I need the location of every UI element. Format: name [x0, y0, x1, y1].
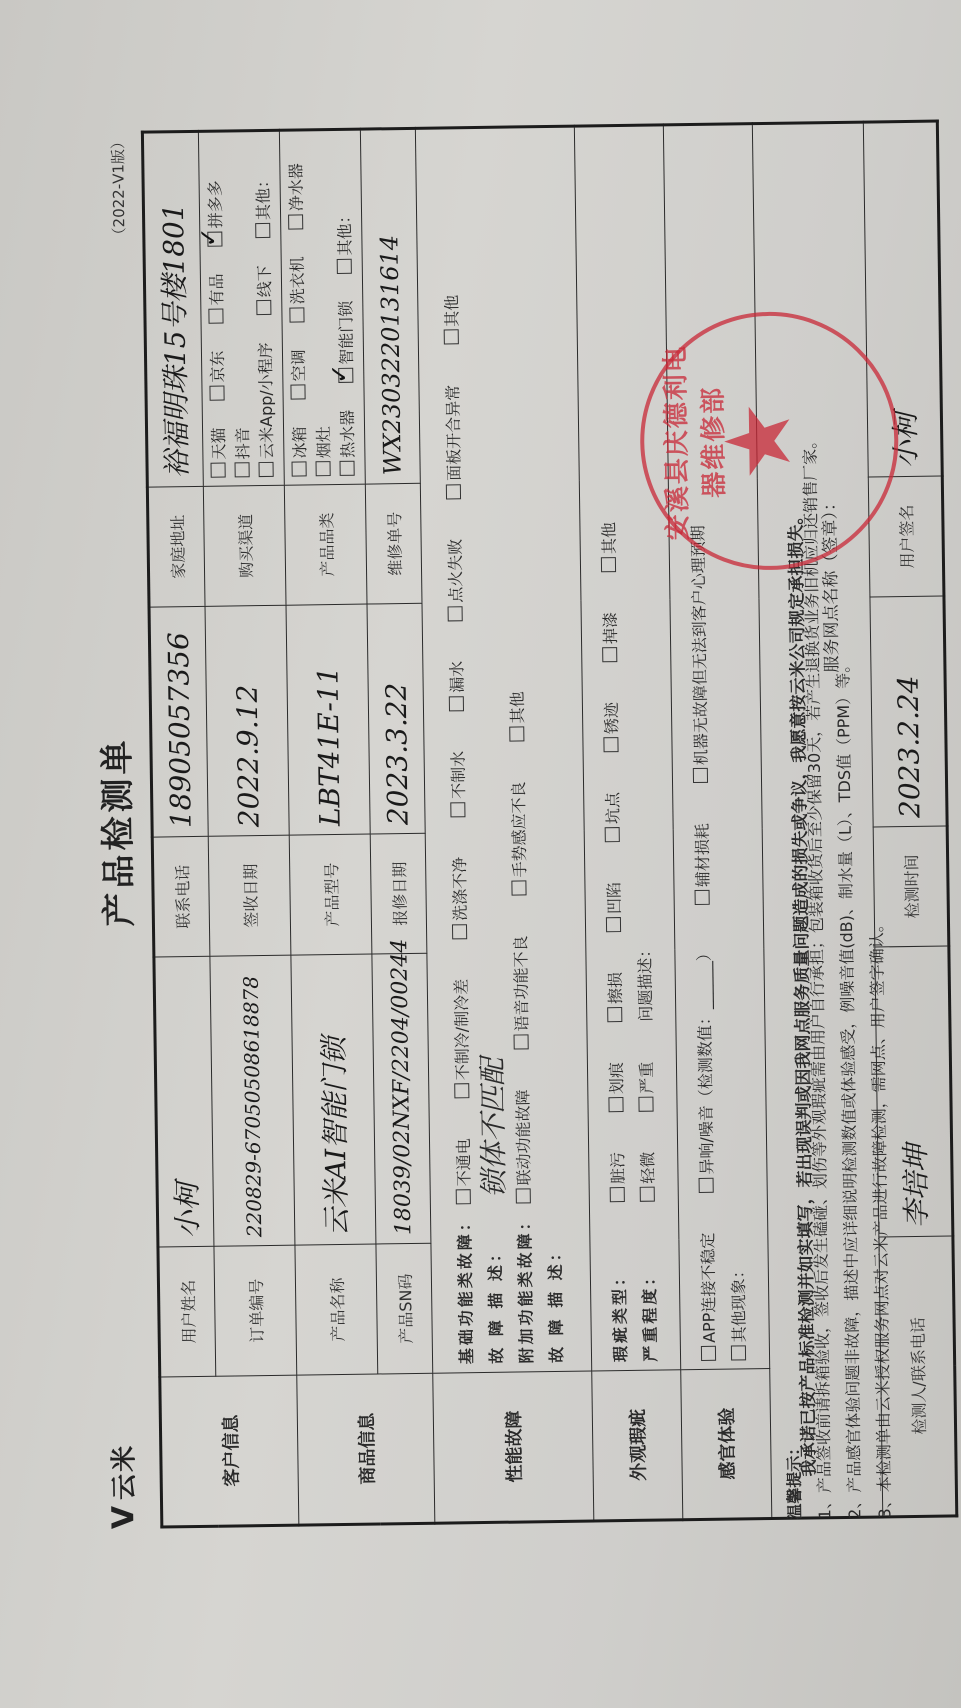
problem-desc-label: 问题描述： [630, 941, 661, 1021]
order-number-field[interactable]: 220829-67050508618878 [209, 955, 294, 1246]
checkbox-icon[interactable] [315, 461, 330, 476]
product-section-label: 商品信息 [296, 1373, 434, 1525]
page-title: 产品检测单 [80, 134, 148, 1530]
checkmark-icon[interactable] [338, 368, 353, 383]
fault-option[interactable]: 不制水 [443, 751, 474, 817]
checkbox-icon[interactable] [290, 384, 305, 399]
checkbox-icon[interactable] [256, 300, 271, 315]
checkbox-icon[interactable] [289, 307, 304, 322]
order-number-label: 订单编号 [213, 1245, 296, 1376]
channel-label: 购买渠道 [203, 485, 286, 606]
fault-option[interactable]: 不通电 [448, 1138, 479, 1204]
star-icon: ★ [712, 315, 805, 566]
fault-option[interactable]: 面板开合异常 [438, 385, 470, 499]
channel-option[interactable]: 云米App/小程序 [253, 342, 279, 477]
addon-option[interactable]: 联动功能故障 [508, 1089, 540, 1203]
product-name-label: 产品名称 [294, 1244, 377, 1375]
checkbox-icon[interactable] [447, 606, 462, 621]
checkbox-icon[interactable] [639, 1187, 654, 1202]
repair-number-field[interactable]: WX2303220131614 [360, 128, 420, 484]
checkbox-icon[interactable] [234, 462, 249, 477]
repair-number-label: 维修单号 [365, 483, 422, 604]
repair-date-field[interactable]: 2023.3.22 [366, 603, 424, 834]
flaw-option[interactable]: 凹陷 [599, 882, 630, 932]
sign-date-field[interactable]: 2022.9.12 [205, 605, 289, 836]
sensory-option[interactable]: 辅材损耗 [687, 823, 718, 905]
checkbox-icon[interactable] [603, 737, 618, 752]
addon-option[interactable]: 语音功能不良 [506, 935, 538, 1049]
user-name-field[interactable]: 小柯 [153, 956, 213, 1247]
checkbox-icon[interactable] [448, 696, 463, 711]
channel-options: 天猫 京东 有品 拼多多 抖音 云米App/小程序 线下 其他： [198, 130, 284, 486]
inspection-form-sheet: V云米 产品检测单 （2022-V1版） 客户信息 用户姓名 小柯 联系电话 1… [40, 83, 921, 1625]
addon-fault-label: 附加功能类故障： [509, 1203, 541, 1363]
category-options: 冰箱 空调 洗衣机 净水器 烟灶 热水器 智能门锁 其他： [279, 129, 365, 485]
channel-option[interactable]: 有品 [204, 273, 229, 323]
channel-option[interactable]: 抖音 [231, 427, 256, 477]
checkmark-icon[interactable] [207, 231, 222, 246]
flaw-option[interactable]: 擦损 [600, 972, 631, 1022]
appearance-section-label: 外观瑕疵 [591, 1370, 682, 1521]
checkbox-icon[interactable] [258, 462, 273, 477]
category-option[interactable]: 净水器 [284, 163, 309, 229]
checkbox-icon[interactable] [450, 802, 465, 817]
channel-option[interactable]: 京东 [205, 350, 230, 400]
checkbox-icon[interactable] [607, 1007, 622, 1022]
checkbox-icon[interactable] [600, 557, 615, 572]
category-option[interactable]: 冰箱 [288, 426, 313, 476]
checkbox-icon[interactable] [730, 1345, 745, 1360]
address-label: 家庭地址 [147, 486, 205, 607]
category-option-checked[interactable]: 智能门锁 [334, 301, 359, 383]
category-option[interactable]: 空调 [286, 349, 311, 399]
checkbox-icon[interactable] [638, 1097, 653, 1112]
flaw-option[interactable]: 锈迹 [596, 702, 627, 752]
category-label: 产品品类 [284, 484, 367, 605]
phone-label: 联系电话 [152, 836, 210, 957]
appearance-content: 瑕疵类型： 脏污 划痕 擦损 凹陷 坑点 锈迹 掉漆 其他 严重程度： 轻微 严… [574, 125, 680, 1371]
flaw-type-label: 瑕疵类型： [603, 1202, 635, 1362]
checkbox-icon[interactable] [698, 1178, 713, 1193]
performance-content: 基础功能类故障： 不通电 不制冷/制冷差 洗涤不净 不制水 漏水 点火失败 面板… [415, 126, 591, 1373]
checkbox-icon[interactable] [700, 1346, 715, 1361]
flaw-option[interactable]: 其他 [594, 522, 625, 572]
checkbox-icon[interactable] [336, 259, 351, 274]
checkbox-icon[interactable] [511, 880, 526, 895]
checkbox-icon[interactable] [605, 917, 620, 932]
channel-option[interactable]: 天猫 [207, 427, 232, 477]
channel-option-checked[interactable]: 拼多多 [203, 180, 228, 246]
basic-fault-label: 基础功能类故障： [449, 1204, 481, 1364]
category-option[interactable]: 热水器 [335, 410, 360, 476]
checkbox-icon[interactable] [451, 924, 466, 939]
category-option[interactable]: 烟灶 [312, 426, 337, 476]
severity-label: 严重程度： [633, 1201, 665, 1361]
checkbox-icon[interactable] [694, 890, 709, 905]
addon-desc-label: 故 障 描 述： [539, 1203, 571, 1363]
sign-date-label: 签收日期 [208, 835, 291, 956]
performance-row: 性能故障 基础功能类故障： 不通电 不制冷/制冷差 洗涤不净 不制水 漏水 点火… [415, 126, 593, 1523]
checkbox-icon[interactable] [255, 223, 270, 238]
checkbox-icon[interactable] [509, 726, 524, 741]
channel-option[interactable]: 其他： [251, 172, 276, 238]
fault-option[interactable]: 点火失败 [440, 539, 471, 621]
checkbox-icon[interactable] [209, 385, 224, 400]
sensory-section-label: 感官体验 [680, 1369, 771, 1520]
addon-option[interactable]: 手势感应不良 [503, 781, 535, 895]
sensory-other-option[interactable]: 其他现象： [723, 1262, 754, 1360]
category-option[interactable]: 洗衣机 [285, 256, 310, 322]
checkbox-icon[interactable] [288, 214, 303, 229]
checkbox-icon[interactable] [455, 1189, 470, 1204]
severity-option[interactable]: 严重 [631, 1061, 662, 1111]
checkbox-icon[interactable] [445, 484, 460, 499]
product-name-field[interactable]: 云米AI智能门锁 [290, 954, 375, 1245]
flaw-option[interactable]: 坑点 [598, 792, 629, 842]
checkbox-icon[interactable] [604, 827, 619, 842]
fault-desc-field[interactable]: 锁体不匹配 [477, 1058, 509, 1198]
repair-date-label: 报修日期 [370, 833, 427, 954]
checkbox-icon[interactable] [513, 1034, 528, 1049]
sensory-option[interactable]: 异响/噪音（检测数值：______） [689, 945, 722, 1193]
checkbox-icon[interactable] [692, 768, 707, 783]
flaw-option[interactable]: 掉漆 [595, 612, 626, 662]
model-label: 产品型号 [289, 834, 372, 955]
checkbox-icon[interactable] [208, 308, 223, 323]
sensory-option[interactable]: APP连接不稳定 [693, 1232, 725, 1361]
addon-option[interactable]: 其他 [502, 691, 533, 741]
checkbox-icon[interactable] [609, 1187, 624, 1202]
fault-option[interactable]: 不制冷/制冷差 [446, 979, 478, 1099]
fault-desc-label: 故 障 描 述： [479, 1204, 511, 1364]
sensory-option[interactable]: 机器无故障但无法到客户心理预期 [683, 525, 717, 783]
checkbox-icon[interactable] [608, 1097, 623, 1112]
phone-field[interactable]: 18905057356 [149, 606, 208, 837]
checkbox-icon[interactable] [339, 461, 354, 476]
customer-section-label: 客户信息 [159, 1375, 298, 1527]
flaw-option[interactable]: 划痕 [601, 1062, 632, 1112]
fault-option[interactable]: 洗涤不净 [445, 857, 476, 939]
flaw-option[interactable]: 脏污 [603, 1152, 634, 1202]
user-name-label: 用户姓名 [157, 1246, 215, 1377]
model-field[interactable]: LBT41E-11 [286, 604, 370, 835]
sn-label: 产品SN码 [375, 1243, 432, 1374]
channel-option[interactable]: 线下 [252, 265, 277, 315]
fault-option[interactable]: 漏水 [442, 661, 473, 711]
category-option[interactable]: 其他： [332, 207, 357, 273]
performance-section-label: 性能故障 [432, 1371, 593, 1523]
severity-option[interactable]: 轻微 [633, 1151, 664, 1201]
fault-option[interactable]: 其他 [437, 295, 468, 345]
checkbox-icon[interactable] [515, 1188, 530, 1203]
form-version: （2022-V1版） [106, 134, 129, 243]
checkbox-icon[interactable] [210, 463, 225, 478]
address-field[interactable]: 裕福明珠15号楼1801 [142, 131, 203, 487]
checkbox-icon[interactable] [443, 330, 458, 345]
checkbox-icon[interactable] [291, 461, 306, 476]
checkbox-icon[interactable] [602, 647, 617, 662]
sensory-content: APP连接不稳定 异响/噪音（检测数值：______） 辅材损耗 机器无故障但无… [663, 124, 769, 1370]
sn-field[interactable]: 18039/02NXF/2204/00244 [371, 953, 430, 1244]
checkbox-icon[interactable] [454, 1083, 469, 1098]
